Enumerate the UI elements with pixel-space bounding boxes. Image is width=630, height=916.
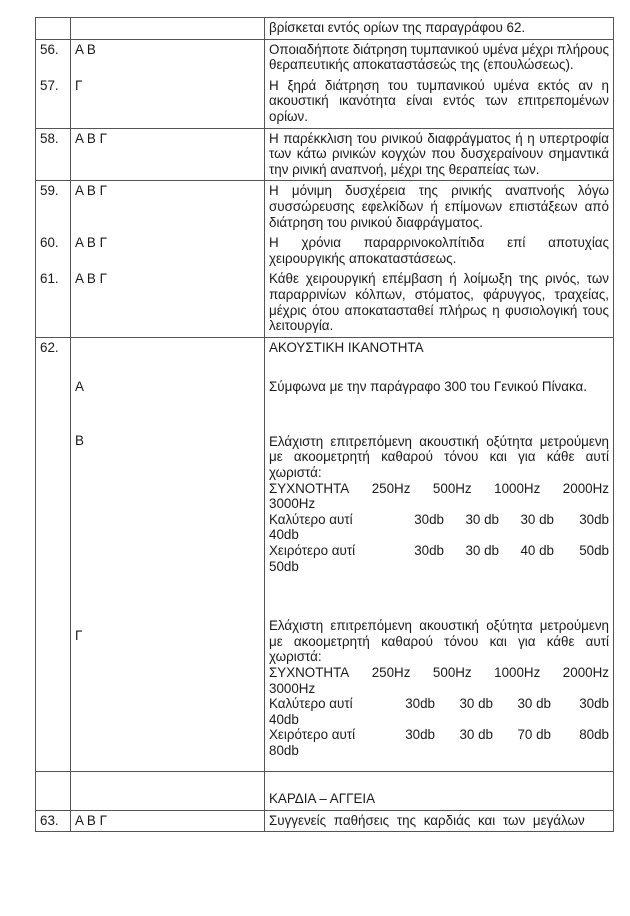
category-a-label: Α — [75, 379, 260, 395]
threshold-value: 40db — [269, 712, 609, 728]
row-number: 56. — [36, 39, 71, 76]
row-text: Η ξηρά διάτρηση του τυμπανικού υμένα εκτ… — [265, 76, 614, 128]
threshold-value: 50db — [269, 559, 609, 575]
row-number: 57. — [36, 76, 71, 128]
threshold-value: 30db — [389, 543, 444, 559]
table-row: 60. Α Β Γ Η χρόνια παραρρινοκολπίτιδα επ… — [36, 233, 614, 269]
row-category: Α Β Γ — [71, 810, 265, 832]
threshold-value: 30db — [389, 512, 444, 528]
category-c-block: Ελάχιστη επιτρεπόμενη ακουστική οξύτητα … — [269, 618, 609, 758]
worse-ear-row: Χειρότερο αυτί 30db 30 db 40 db 50db — [269, 543, 609, 559]
threshold-value: 30 db — [435, 727, 493, 743]
row-text: Συγγενείς παθήσεις της καρδιάς και των μ… — [265, 810, 614, 832]
better-ear-label: Καλύτερο αυτί — [269, 512, 389, 528]
row-text: Η παρέκκλιση του ρινικού διαφράγματος ή … — [265, 128, 614, 181]
frequency-value: 1000Hz — [494, 481, 540, 497]
threshold-value: 30 db — [444, 543, 499, 559]
frequency-value: 250Hz — [372, 665, 411, 681]
table-row: 59. Α Β Γ Η μόνιμη δυσχέρεια της ρινικής… — [36, 181, 614, 233]
threshold-value: 80db — [269, 743, 609, 759]
better-ear-row: Καλύτερο αυτί 30db 30 db 30 db 30db — [269, 512, 609, 528]
threshold-value: 30 db — [444, 512, 499, 528]
threshold-value: 30 db — [435, 696, 493, 712]
better-ear-row: Καλύτερο αυτί 30db 30 db 30 db 30db — [269, 696, 609, 712]
frequency-label: ΣΥΧΝΟΤΗΤΑ — [269, 665, 349, 681]
category-c-label: Γ — [75, 628, 260, 644]
threshold-value: 30 db — [493, 696, 551, 712]
row-number: 62. — [36, 337, 71, 771]
threshold-value: 30 db — [499, 512, 554, 528]
table-row: 63. Α Β Γ Συγγενείς παθήσεις της καρδιάς… — [36, 810, 614, 832]
table-row-hearing: 62. Α Β Γ ΑΚΟΥΣΤΙΚΗ ΙΚΑΝΟΤΗΤΑ Σύμφωνα με… — [36, 337, 614, 771]
frequency-value: 500Hz — [433, 481, 472, 497]
row-text: Η μόνιμη δυσχέρεια της ρινικής αναπνοής … — [265, 181, 614, 233]
category-b-label: Β — [75, 433, 260, 449]
row-text: βρίσκεται εντός ορίων της παραγράφου 62. — [265, 18, 614, 40]
hearing-intro: Ελάχιστη επιτρεπόμενη ακουστική οξύτητα … — [269, 618, 609, 665]
threshold-value: 30db — [377, 727, 435, 743]
row-number: 63. — [36, 810, 71, 832]
document-page: βρίσκεται εντός ορίων της παραγράφου 62.… — [0, 0, 630, 916]
row-text: Οποιαδήποτε διάτρηση τυμπανικού υμένα μέ… — [265, 39, 614, 76]
row-category: Γ — [71, 76, 265, 128]
section-heading: ΚΑΡΔΙΑ – ΑΓΓΕΙΑ — [265, 771, 614, 810]
table-row: 61. Α Β Γ Κάθε χειρουργική επέμβαση ή λο… — [36, 269, 614, 337]
frequency-label: ΣΥΧΝΟΤΗΤΑ — [269, 481, 349, 497]
frequency-row: ΣΥΧΝΟΤΗΤΑ 250Hz 500Hz 1000Hz 2000Hz — [269, 665, 609, 681]
table-row: βρίσκεται εντός ορίων της παραγράφου 62. — [36, 18, 614, 40]
frequency-value: 250Hz — [372, 481, 411, 497]
row-text: Η χρόνια παραρρινοκολπίτιδα επί αποτυχία… — [265, 233, 614, 269]
row-category: Α Β Γ — [71, 181, 265, 233]
frequency-value: 3000Hz — [269, 496, 609, 512]
medical-criteria-table: βρίσκεται εντός ορίων της παραγράφου 62.… — [35, 17, 614, 832]
threshold-value: 30db — [377, 696, 435, 712]
row-category — [71, 18, 265, 40]
table-row: 56. Α Β Οποιαδήποτε διάτρηση τυμπανικού … — [36, 39, 614, 76]
better-ear-label: Καλύτερο αυτί — [269, 696, 377, 712]
empty-cell — [71, 771, 265, 810]
row-number — [36, 18, 71, 40]
row-category-column: Α Β Γ — [71, 337, 265, 771]
frequency-value: 3000Hz — [269, 681, 609, 697]
threshold-value: 40db — [269, 527, 609, 543]
frequency-value: 500Hz — [433, 665, 472, 681]
row-number: 60. — [36, 233, 71, 269]
row-number: 59. — [36, 181, 71, 233]
row-number: 58. — [36, 128, 71, 181]
category-b-block: Ελάχιστη επιτρεπόμενη ακουστική οξύτητα … — [269, 434, 609, 574]
threshold-value: 30db — [551, 696, 609, 712]
worse-ear-row: Χειρότερο αυτί 30db 30 db 70 db 80db — [269, 727, 609, 743]
empty-cell — [36, 771, 71, 810]
worse-ear-label: Χειρότερο αυτί — [269, 543, 389, 559]
frequency-value: 1000Hz — [494, 665, 540, 681]
threshold-value: 40 db — [499, 543, 554, 559]
worse-ear-label: Χειρότερο αυτί — [269, 727, 377, 743]
frequency-value: 2000Hz — [563, 665, 609, 681]
row-category: Α Β — [71, 39, 265, 76]
row-category: Α Β Γ — [71, 128, 265, 181]
hearing-content: ΑΚΟΥΣΤΙΚΗ ΙΚΑΝΟΤΗΤΑ Σύμφωνα με την παράγ… — [265, 337, 614, 771]
row-category: Α Β Γ — [71, 233, 265, 269]
threshold-value: 80db — [551, 727, 609, 743]
threshold-value: 30db — [554, 512, 609, 528]
table-row: 57. Γ Η ξηρά διάτρηση του τυμπανικού υμέ… — [36, 76, 614, 128]
row-text: Κάθε χειρουργική επέμβαση ή λοίμωξη της … — [265, 269, 614, 337]
row-number: 61. — [36, 269, 71, 337]
category-a-text: Σύμφωνα με την παράγραφο 300 του Γενικού… — [269, 379, 609, 395]
table-row: 58. Α Β Γ Η παρέκκλιση του ρινικού διαφρ… — [36, 128, 614, 181]
table-row-section-heading: ΚΑΡΔΙΑ – ΑΓΓΕΙΑ — [36, 771, 614, 810]
threshold-value: 70 db — [493, 727, 551, 743]
row-category: Α Β Γ — [71, 269, 265, 337]
frequency-value: 2000Hz — [563, 481, 609, 497]
threshold-value: 50db — [554, 543, 609, 559]
heart-section-title: ΚΑΡΔΙΑ – ΑΓΓΕΙΑ — [269, 791, 375, 806]
section-title: ΑΚΟΥΣΤΙΚΗ ΙΚΑΝΟΤΗΤΑ — [269, 340, 609, 356]
hearing-intro: Ελάχιστη επιτρεπόμενη ακουστική οξύτητα … — [269, 434, 609, 481]
frequency-row: ΣΥΧΝΟΤΗΤΑ 250Hz 500Hz 1000Hz 2000Hz — [269, 481, 609, 497]
